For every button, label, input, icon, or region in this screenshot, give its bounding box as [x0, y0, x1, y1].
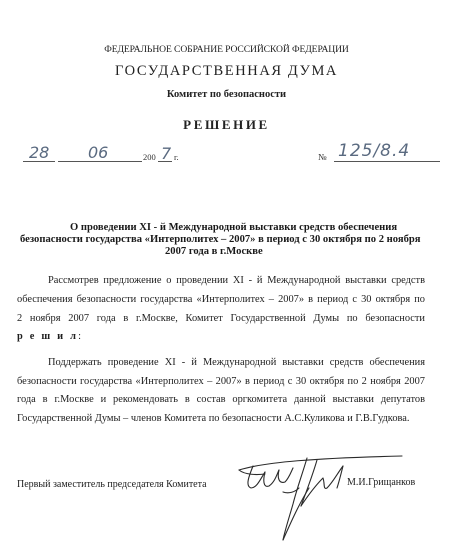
paragraph-line: Государственной Думы – членов Комитета п… [17, 413, 425, 424]
number-sign: № [318, 152, 327, 162]
document-type-heading: РЕШЕНИЕ [0, 117, 453, 133]
title-line: безопасности государства «Интерполитех –… [20, 234, 421, 245]
paragraph-line: Поддержать проведение XI - й Международн… [48, 357, 425, 368]
handwritten-day: 28 [29, 143, 49, 162]
handwritten-signature-icon [225, 448, 415, 548]
year-unit: г. [174, 152, 179, 162]
title-line: 2007 года в г.Москве [165, 246, 263, 257]
year-prefix: 200 [143, 152, 156, 162]
handwritten-month: 06 [88, 143, 108, 162]
resolved-colon: : [78, 331, 81, 342]
organization-heading: ФЕДЕРАЛЬНОЕ СОБРАНИЕ РОССИЙСКОЙ ФЕДЕРАЦИ… [0, 44, 453, 55]
paragraph-line: года в г.Москве и рекомендовать в состав… [17, 394, 425, 405]
resolved-word: р е ш и л [17, 331, 78, 342]
number-underline [334, 161, 440, 162]
paragraph-line: Рассмотрев предложение о проведении XI -… [48, 275, 425, 286]
committee-heading: Комитет по безопасности [0, 89, 453, 100]
paragraph-line: 2 ноября 2007 года в г.Москве, Комитет Г… [17, 313, 425, 324]
handwritten-year-digit: 7 [161, 144, 171, 163]
paragraph-line: безопасности государства «Интерполитех –… [17, 376, 425, 387]
signatory-name: М.И.Грищанков [347, 477, 415, 488]
paragraph-line: обеспечения безопасности государства «Ин… [17, 294, 425, 305]
handwritten-number: 125/8.4 [338, 141, 410, 161]
signatory-position: Первый заместитель председателя Комитета [17, 479, 207, 490]
chamber-heading: ГОСУДАРСТВЕННАЯ ДУМА [0, 63, 453, 80]
title-line: О проведении XI - й Международной выстав… [70, 222, 397, 233]
resolved-line: р е ш и л: [17, 331, 425, 342]
